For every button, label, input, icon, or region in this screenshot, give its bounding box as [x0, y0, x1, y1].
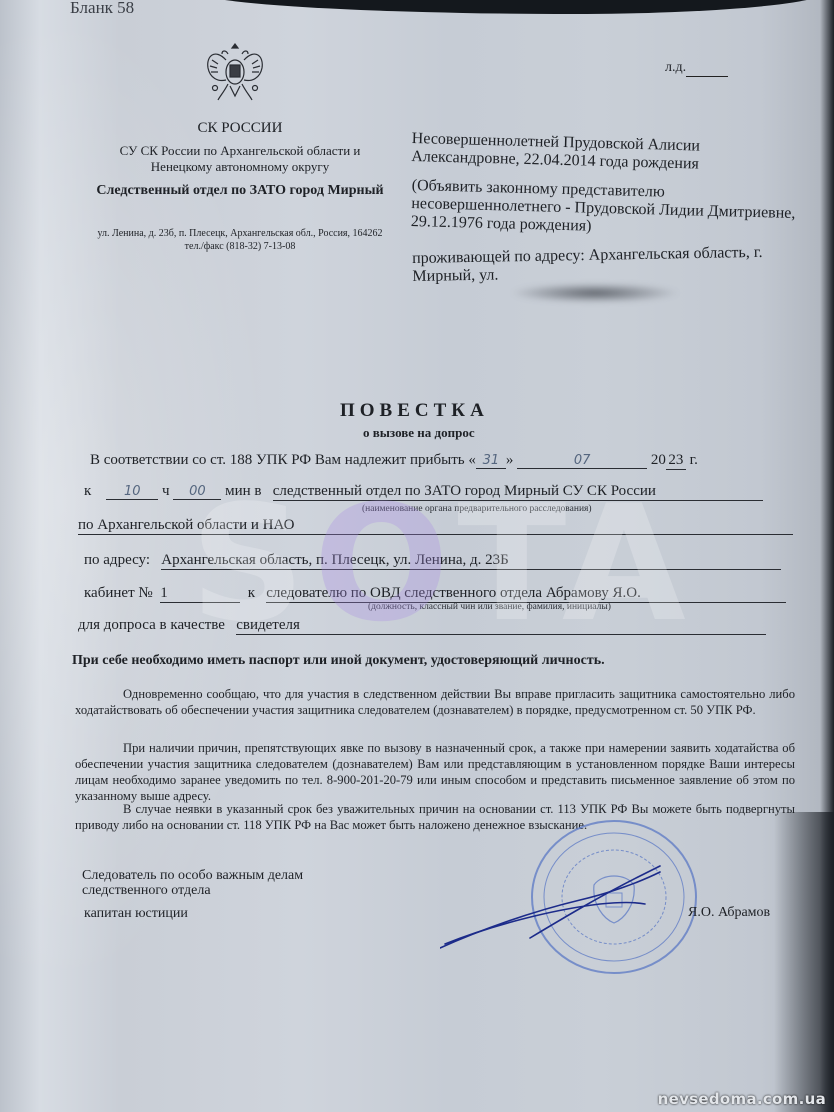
summons-year: 23	[666, 452, 686, 470]
agency-name: СК РОССИИ	[90, 120, 390, 137]
unit-address: ул. Ленина, д. 23б, п. Плесецк, Архангел…	[90, 227, 390, 240]
summons-intro: В соответствии со ст. 188 УПК РФ Вам над…	[90, 452, 476, 468]
signatory-rank: капитан юстиции	[84, 906, 188, 922]
watermark-s: S	[190, 470, 313, 657]
summons-hour: 10	[106, 484, 158, 500]
quote-close: »	[506, 452, 514, 468]
paragraph-notify: При наличии причин, препятствующих явке …	[75, 740, 795, 804]
unit-phone: тел./факс (818-32) 7-13-08	[90, 240, 390, 253]
hour-unit: ч	[162, 483, 170, 499]
case-ref-label: л.д.	[665, 60, 686, 75]
summons-date-line: В соответствии со ст. 188 УПК РФ Вам над…	[90, 452, 698, 470]
recipient-representative: (Объявить законному представителю несове…	[411, 177, 802, 241]
recipient-address: проживающей по адресу: Архангельская обл…	[412, 243, 803, 286]
signatory-position: Следователь по особо важным делам следст…	[82, 868, 362, 898]
signature-icon	[440, 860, 670, 950]
department-name: СУ СК России по Архангельской области и …	[90, 143, 390, 175]
unit-contact: ул. Ленина, д. 23б, п. Плесецк, Архангел…	[90, 227, 390, 253]
unit-name: Следственный отдел по ЗАТО город Мирный	[90, 182, 390, 199]
summons-day: 31	[476, 453, 506, 469]
signatory-name: Я.О. Абрамов	[688, 905, 770, 921]
summons-month: 07	[517, 453, 647, 469]
address-label: по адресу:	[84, 552, 150, 568]
room-label: кабинет №	[84, 585, 153, 601]
paragraph-defender: Одновременно сообщаю, что для участия в …	[75, 686, 795, 718]
at-label: к	[84, 483, 91, 499]
site-watermark: nevsedoma.com.ua	[658, 1090, 826, 1108]
year-prefix: 20	[651, 452, 666, 468]
case-reference: л.д.	[665, 60, 728, 77]
form-number: Бланк 58	[70, 0, 134, 18]
watermark-ta: TA	[457, 470, 694, 657]
document-subtitle: о вызове на допрос	[363, 425, 475, 441]
coat-of-arms-icon	[200, 38, 270, 103]
redacted-street	[510, 283, 680, 303]
year-unit: г.	[690, 452, 698, 468]
background-shadow-corner	[774, 812, 834, 1112]
watermark-overlay: SOTA	[190, 470, 694, 657]
watermark-o: O	[313, 470, 457, 657]
document-title: ПОВЕСТКА	[340, 400, 489, 422]
case-ref-blank	[686, 60, 728, 77]
